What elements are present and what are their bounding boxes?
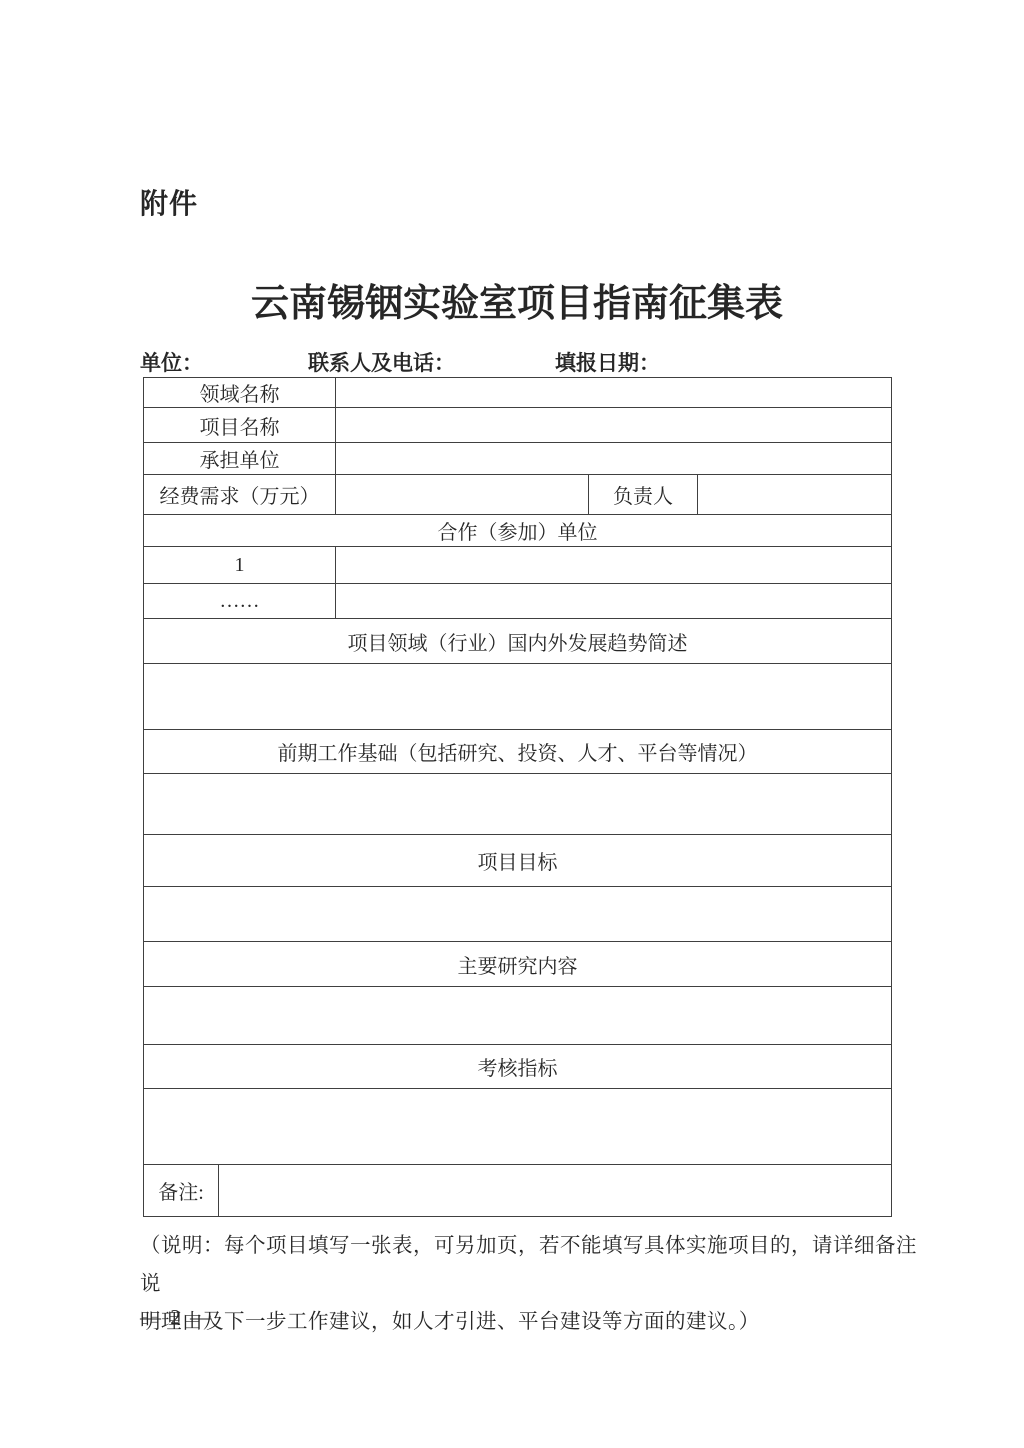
table-row: 备注: (144, 1165, 892, 1217)
table-row: 1 (144, 547, 892, 584)
table-row (144, 1089, 892, 1165)
budget-value-cell (336, 475, 589, 515)
table-row: 经费需求（万元） 负责人 (144, 475, 892, 515)
remark-value-cell (219, 1165, 892, 1217)
page-number: — 2 — (140, 1305, 213, 1330)
section-content-cell (144, 887, 892, 942)
contact-label: 联系人及电话： (308, 347, 455, 377)
section-heading-cell: 项目领域（行业）国内外发展趋势简述 (144, 619, 892, 664)
field-value-cell (336, 378, 892, 408)
coop-index-cell: …… (144, 584, 336, 619)
section-heading-cell: 项目目标 (144, 835, 892, 887)
section-heading-cell: 前期工作基础（包括研究、投资、人才、平台等情况） (144, 730, 892, 774)
table-row: 前期工作基础（包括研究、投资、人才、平台等情况） (144, 730, 892, 774)
coop-header-cell: 合作（参加）单位 (144, 515, 892, 547)
coop-value-cell (336, 547, 892, 584)
document-page: 附件 云南锡铟实验室项目指南征集表 单位： 联系人及电话： 填报日期： 领域名称… (0, 0, 1024, 1448)
table-row: 承担单位 (144, 443, 892, 475)
coop-index-cell: 1 (144, 547, 336, 584)
table-row (144, 774, 892, 835)
table-row: 项目名称 (144, 408, 892, 443)
date-label: 填报日期： (555, 347, 660, 377)
table-row: 考核指标 (144, 1045, 892, 1089)
leader-value-cell (698, 475, 892, 515)
field-value-cell (336, 443, 892, 475)
table-row (144, 887, 892, 942)
section-content-cell (144, 774, 892, 835)
section-content-cell (144, 987, 892, 1045)
attachment-label: 附件 (140, 182, 198, 222)
footnote-line: 明理由及下一步工作建议，如人才引进、平台建设等方面的建议。） (140, 1303, 930, 1341)
footnote-line: （说明：每个项目填写一张表，可另加页，若不能填写具体实施项目的，请详细备注说 (140, 1227, 930, 1303)
footnote: （说明：每个项目填写一张表，可另加页，若不能填写具体实施项目的，请详细备注说 明… (140, 1227, 930, 1341)
table-row: 项目领域（行业）国内外发展趋势简述 (144, 619, 892, 664)
meta-line: 单位： 联系人及电话： 填报日期： (0, 347, 1024, 375)
section-heading-cell: 考核指标 (144, 1045, 892, 1089)
table-row (144, 987, 892, 1045)
field-label-cell: 项目名称 (144, 408, 336, 443)
budget-label-cell: 经费需求（万元） (144, 475, 336, 515)
field-value-cell (336, 408, 892, 443)
project-form-table: 领域名称 项目名称 承担单位 经费需求（万元） 负责人 合作（参加）单位 1 …… (143, 377, 892, 1217)
table-row (144, 664, 892, 730)
table-row: 主要研究内容 (144, 942, 892, 987)
section-heading-cell: 主要研究内容 (144, 942, 892, 987)
table-row: 领域名称 (144, 378, 892, 408)
table-row: 项目目标 (144, 835, 892, 887)
remark-label-cell: 备注: (144, 1165, 219, 1217)
coop-value-cell (336, 584, 892, 619)
section-content-cell (144, 664, 892, 730)
section-content-cell (144, 1089, 892, 1165)
table-row: 合作（参加）单位 (144, 515, 892, 547)
leader-label-cell: 负责人 (589, 475, 698, 515)
page-title: 云南锡铟实验室项目指南征集表 (143, 272, 891, 327)
field-label-cell: 承担单位 (144, 443, 336, 475)
unit-label: 单位： (140, 347, 203, 377)
field-label-cell: 领域名称 (144, 378, 336, 408)
table-row: …… (144, 584, 892, 619)
